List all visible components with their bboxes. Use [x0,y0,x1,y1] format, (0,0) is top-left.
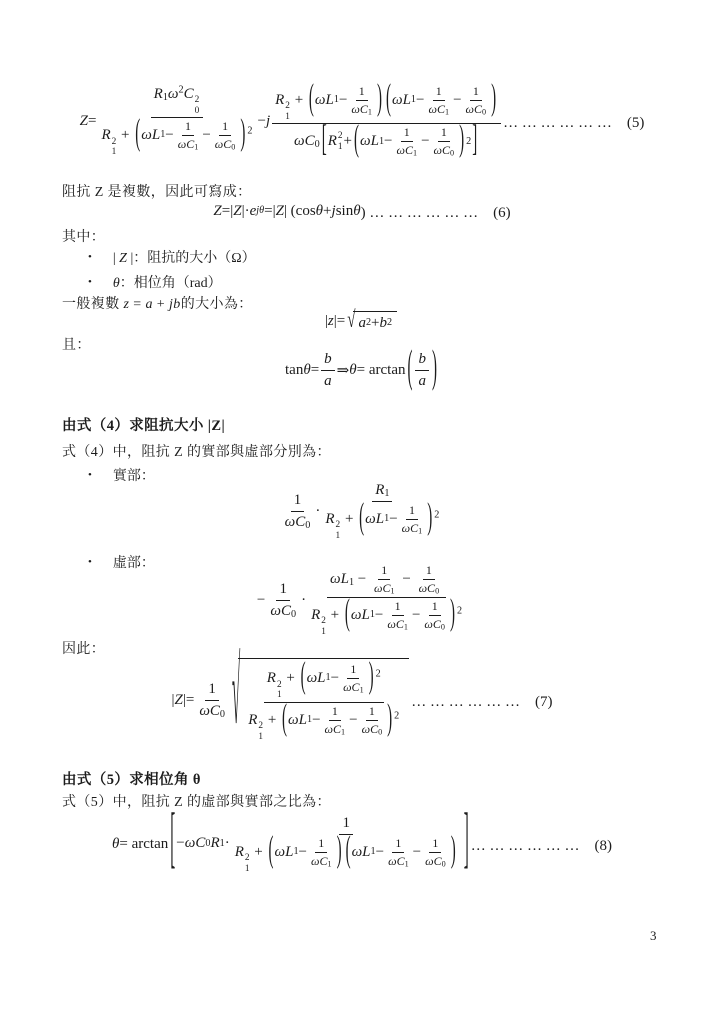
math-fraction: 1ωC0 [422,836,449,869]
math-subscript: 1 [112,147,117,157]
math-denominator: ωC1 [425,101,452,117]
math-variable: ω [397,143,405,157]
math-variable: C [474,102,482,116]
math-denominator: ωC0 [282,512,314,532]
math-fraction: 1ωC1 [394,125,421,158]
math-variable: a [324,373,332,389]
math-numerator: 1 [406,503,418,520]
math-subscript: 0 [195,106,200,116]
math-variable: Z [233,203,241,220]
math-variable: ω [434,143,442,157]
math-fraction: 1ωC1 [175,119,202,152]
math-superscript: 2 [112,137,117,147]
math-brackets: [R21+(ωL1−1ωC1−1ωC0)2] [321,125,479,158]
equation-tan-theta: tan θ = ba ⇒ θ = arctan (ba) [0,352,724,388]
math-variable: j [332,203,336,220]
math-parentheses: (ωL1−1ωC1) [358,503,433,536]
math-variable: θ [316,203,323,220]
math-parentheses: (ωL1−1ωC1−1ωC0) [353,125,465,158]
math-variable: R [375,482,384,498]
math-fraction: 1ωC1 [308,836,335,869]
math-variable: ω [352,843,363,862]
math-subscript: 0 [378,727,382,736]
math-variable: L [285,843,293,862]
math-subscript: 1 [384,488,389,499]
math-fraction: 1ωC0 [282,491,314,532]
math-numerator: 1 [347,662,359,679]
math-variable: Z [276,203,284,220]
math-numerator: 1 [429,836,441,853]
math-variable: ω [360,132,371,151]
math-parentheses: (ωL1−1ωC1−1ωC0) [345,836,457,869]
math-variable: C [442,143,450,157]
math-group: ωL1−1ωC1−1ωC0 [351,599,449,632]
open-delimiter-icon: ( [344,597,351,634]
math-variable: ω [365,510,376,529]
page-number: 3 [650,928,657,944]
math-variable: ω [388,854,396,868]
math-variable: C [370,722,378,736]
math-subscript: 1 [326,673,331,683]
math-numerator: 1 [329,704,341,721]
math-variable: ω [215,137,223,151]
math-denominator: ωC1 [340,679,367,695]
math-fraction: 1ωC0 [431,125,458,158]
math-variable: R [311,607,320,623]
math-variable: L [317,669,325,688]
bullet-icon: • [88,252,92,263]
math-group: ba [413,350,431,391]
math-variable: ω [285,514,296,530]
math-variable: Z [80,113,88,130]
paragraph-therefore: 因此： [62,638,105,658]
math-variable: θ [353,203,360,220]
document-page: Z = R1ω2C20R21 + (ωL1−1ωC1−1ωC0)2 − jR21… [0,0,724,1024]
math-numerator: 1 [219,119,231,136]
math-variable: C [352,680,360,694]
math-numerator: 1 [356,84,368,101]
open-delimiter-icon: ( [385,82,392,119]
math-numerator: 1 [438,125,450,142]
math-group: ωL1−1ωC1−1ωC0 [141,119,239,152]
math-variable: C [397,854,405,868]
math-fraction: ba [321,350,335,391]
math-subscript: 0 [442,859,446,868]
math-parentheses: (ωL1−1ωC1) [300,662,375,695]
math-numerator: 1 [392,599,404,616]
math-subscript: 1 [285,112,290,122]
math-denominator: ωC0 [422,853,449,869]
math-subscript: 1 [391,586,395,595]
math-denominator: ωC0[R21+(ωL1−1ωC1−1ωC0)2] [291,124,482,158]
math-numerator: R21 + (ωL1−1ωC1)2 [264,662,384,702]
open-delimiter-icon: ( [358,501,365,538]
equation-8: θ = arctan [−ωC0R1 · 1R21 + (ωL1−1ωC1)(ω… [0,810,724,878]
math-variable: C [184,86,194,102]
heading-phase-from-eq5: 由式（5）求相位角 θ [62,768,201,789]
math-denominator: R21 + (ωL1−1ωC1−1ωC0)2 [308,598,465,637]
math-subsup: 21 [277,680,282,701]
math-numerator: 1 [423,563,435,580]
math-denominator: R21 + (ωL1−1ωC1−1ωC0)2 [98,118,255,157]
math-numerator: 1 [401,125,413,142]
math-variable: a [418,373,426,389]
math-superscript: jθ [256,206,264,216]
math-denominator: ωC1 [175,136,202,152]
math-denominator: ωC1 [384,616,411,632]
math-variable: ω [315,91,326,110]
math-variable: C [433,617,441,631]
math-variable: θ [349,362,356,379]
math-variable: b [324,351,332,367]
math-subscript: 1 [220,839,225,849]
math-variable: j [266,113,270,130]
math-denominator: a [415,371,429,391]
math-denominator: ωC1 [385,853,412,869]
math-denominator: ωC0 [431,142,458,158]
math-superscript: 2 [285,101,290,111]
math-group: ωL1−1ωC1−1ωC0 [392,84,490,117]
math-numerator: 1 [205,680,219,701]
open-delimiter-icon: ( [406,347,413,392]
bullet-z-magnitude-label: | Z |：阻抗的大小（Ω） [113,247,256,267]
math-numerator: 1 [366,704,378,721]
math-variable: L [371,132,379,151]
open-delimiter-icon: ( [300,660,307,697]
math-denominator: ωC0 [416,580,443,596]
math-superscript: 2 [394,710,399,721]
math-variable: R [101,127,110,143]
equation-7: | Z |= 1ωC0√R21 + (ωL1−1ωC1)2R21 + (ωL1−… [0,658,724,742]
math-numerator: 1 [291,491,305,512]
math-subscript: 1 [418,526,422,535]
close-delimiter-icon: ) [239,117,246,154]
math-subscript: 1 [349,577,354,588]
math-group: ωL1−1ωC1−1ωC0 [288,704,386,737]
math-subsup: 21 [258,721,263,742]
math-fraction: 1ωC0 [267,580,299,621]
math-subscript: 1 [371,847,376,857]
math-numerator: 1 [392,836,404,853]
open-delimiter-icon: ( [308,82,315,119]
math-subscript: 1 [368,107,372,116]
math-subscript: 1 [413,149,417,158]
math-subscript: 1 [307,715,312,725]
math-numerator: 1 [378,563,390,580]
math-numerator: 1 [433,84,445,101]
math-subscript: 0 [450,149,454,158]
math-denominator: R21 + (ωL1−1ωC1)(ωL1−1ωC1−1ωC0) [232,835,461,874]
math-radical: √a2 + b2 [347,311,397,332]
math-fraction: 1ωC1 [425,84,452,117]
math-variable: C [210,703,220,719]
math-fraction: ba [415,350,429,391]
math-subscript: 0 [231,143,235,152]
close-delimiter-icon: ) [426,501,433,538]
math-variable: C [333,722,341,736]
equation-imag-part: − 1ωC0 · ωL1 − 1ωC1 − 1ωC0R21 + (ωL1−1ωC… [0,569,724,631]
open-delimiter-icon: ( [353,123,360,160]
math-variable: R [267,670,276,686]
math-variable: C [396,617,404,631]
close-delimiter-icon: ) [431,347,438,392]
math-denominator: ωC1 [308,853,335,869]
math-parentheses: (ωL1−1ωC1−1ωC0) [281,704,393,737]
math-fraction: 1ωC0 [212,119,239,152]
math-group: a2 + b2 [353,311,397,332]
math-subscript: 1 [277,690,282,700]
math-variable: C [295,514,305,530]
math-numerator: ωL1 − 1ωC1 − 1ωC0 [327,563,446,598]
math-parentheses: (ba) [406,350,438,391]
math-denominator: R21 + (ωL1−1ωC1−1ωC0)2 [245,703,402,742]
math-group: ωL1−1ωC1 [315,84,376,117]
math-variable: ω [392,91,403,110]
open-delimiter-icon: ( [134,117,141,154]
math-numerator: b [321,350,335,371]
math-variable: C [434,854,442,868]
math-group: ωL1−1ωC1 [275,836,336,869]
math-subscript: 1 [160,130,165,140]
math-variable: C [195,835,205,852]
math-brackets: [−ωC0R1 · 1R21 + (ωL1−1ωC1)(ωL1−1ωC1−1ωC… [169,814,469,874]
paragraph-eq5-ratio: 式（5）中，阻抗 Z 的虛部與實部之比為： [62,791,331,811]
math-variable: L [152,126,160,145]
math-fraction: 1ωC0 [421,599,448,632]
math-variable: ω [362,722,370,736]
paragraph-where: 其中： [62,226,105,246]
close-delimiter-icon: ) [458,123,465,160]
math-group: −ωC0R1 · 1R21 + (ωL1−1ωC1)(ωL1−1ωC1−1ωC0… [176,814,462,874]
math-subscript: 1 [384,514,389,524]
math-variable: ω [330,571,341,587]
math-variable: θ [112,836,119,853]
math-fraction: R21 + (ωL1−1ωC1)2R21 + (ωL1−1ωC1−1ωC0)2 [245,662,402,742]
open-delimiter-icon: [ [321,123,328,160]
math-numerator: b [415,350,429,371]
math-variable: ω [428,102,436,116]
math-variable: C [437,102,445,116]
math-numerator: 1 [470,84,482,101]
math-subscript: 0 [441,622,445,631]
math-superscript: 2 [338,131,343,141]
math-denominator: ωC0 [421,616,448,632]
math-variable: R [235,844,244,860]
math-fraction: 1R21 + (ωL1−1ωC1)(ωL1−1ωC1−1ωC0) [232,814,461,874]
equation-abs-z: | z |= √a2 + b2 [0,308,724,334]
math-subscript: 0 [435,586,439,595]
math-variable: ω [141,126,152,145]
math-superscript: 2 [247,125,252,136]
math-group: ωL1−1ωC1−1ωC0 [352,836,450,869]
math-variable: θ [113,276,120,291]
radical-icon: √ [232,653,240,747]
math-subscript: 1 [334,95,339,105]
math-subscript: 1 [379,137,384,147]
math-variable: L [361,606,369,625]
math-variable: C [319,854,327,868]
math-denominator: ωC1 [348,101,375,117]
math-variable: ω [425,854,433,868]
math-denominator: R21 + (ωL1−1ωC1)2 [322,502,442,541]
math-superscript: 2 [336,520,341,530]
math-subscript: 1 [328,859,332,868]
math-group: ωL1−1ωC1 [307,662,368,695]
math-variable: ω [294,133,305,149]
math-subscript: 1 [405,859,409,868]
math-parentheses: (ωL1−1ωC1−1ωC0) [344,599,456,632]
math-variable: L [376,510,384,529]
math-variable: θ [303,362,310,379]
close-delimiter-icon: ) [368,660,375,697]
math-subscript: 0 [220,709,225,720]
math-subsup: 21 [285,101,290,122]
close-delimiter-icon: ) [376,82,383,119]
math-variable: ω [185,835,196,852]
equation-real-part: 1ωC0 · R1R21 + (ωL1−1ωC1)2 [0,482,724,540]
math-group: R21 + (ωL1−1ωC1)2R21 + (ωL1−1ωC1−1ωC0)2 [238,658,409,742]
math-subscript: 1 [445,107,449,116]
math-subscript: 1 [321,627,326,637]
math-denominator: ωC0 [212,136,239,152]
math-variable: ω [270,603,281,619]
math-denominator: ωC1 [371,580,398,596]
math-variable: ω [424,617,432,631]
math-superscript: 2 [387,318,392,328]
math-subscript: 0 [305,520,310,531]
math-variable: L [362,843,370,862]
math-variable: ω [466,102,474,116]
math-denominator: ωC1 [394,142,421,158]
math-fraction: R21 + (ωL1−1ωC1)(ωL1−1ωC1−1ωC0)ωC0[R21+(… [272,84,501,158]
math-variable: ω [419,581,427,595]
math-subscript: 1 [245,864,250,874]
math-subscript: 1 [258,732,263,742]
math-variable: ω [325,722,333,736]
math-variable: Z [175,692,183,709]
math-subsup: 21 [336,520,341,541]
math-denominator: ωC0 [463,101,490,117]
math-subsup: 21 [245,853,250,874]
math-fraction: 1ωC1 [384,599,411,632]
math-numerator: 1 [182,119,194,136]
math-subscript: 1 [341,727,345,736]
math-fraction: ωL1 − 1ωC1 − 1ωC0R21 + (ωL1−1ωC1−1ωC0)2 [308,563,465,637]
math-variable: ω [351,102,359,116]
math-variable: z [328,313,334,330]
math-variable: ω [351,606,362,625]
math-denominator: ωC0 [359,721,386,737]
math-group: R21+(ωL1−1ωC1−1ωC0)2 [328,125,472,158]
math-parentheses: (ωL1−1ωC1) [308,84,383,117]
math-group: ωL1−1ωC1 [365,503,426,536]
math-variable: b [418,351,426,367]
math-variable: R [154,86,163,102]
equation-5: Z = R1ω2C20R21 + (ωL1−1ωC1−1ωC0)2 − jR21… [0,82,724,160]
math-group: ωL1−1ωC1−1ωC0 [360,125,458,158]
math-variable: C [281,603,291,619]
math-fraction: 1ωC0 [416,563,443,596]
math-subscript: 1 [360,686,364,695]
math-superscript: 2 [258,721,263,731]
bullet-theta-phase-label: θ：相位角（rad） [113,272,222,292]
math-variable: R [328,132,337,151]
math-variable: ω [275,843,286,862]
math-variable: R [248,712,257,728]
math-variable: R [275,92,284,108]
close-delimiter-icon: ) [450,834,457,871]
math-fraction: 1ωC1 [348,84,375,117]
math-variable: C [427,581,435,595]
close-delimiter-icon: ) [449,597,456,634]
math-variable: R [325,511,334,527]
close-delimiter-icon: ) [386,702,393,739]
math-superscript: 2 [277,680,282,690]
close-delimiter-icon: ] [471,123,478,160]
math-variable: b [380,315,388,332]
math-fraction: 1ωC1 [340,662,367,695]
paragraph-eq4-parts: 式（4）中，阻抗 Z 的實部與虛部分別為： [62,441,331,461]
open-delimiter-icon: ( [268,834,275,871]
math-fraction: 1ωC1 [385,836,412,869]
close-delimiter-icon: ) [490,82,497,119]
math-fraction: 1ωC1 [322,704,349,737]
bullet-icon: • [88,277,92,288]
open-delimiter-icon: ( [281,702,288,739]
math-variable: ω [387,617,395,631]
bullet-theta-phase: • θ：相位角（rad） [88,272,222,292]
math-superscript: 2 [376,668,381,679]
math-denominator: ωC0 [267,601,299,621]
bullet-icon: • [88,470,92,481]
math-superscript: 2 [434,509,439,520]
open-delimiter-icon: ( [345,834,352,871]
math-variable: Z [119,251,127,266]
math-variable: ω [343,680,351,694]
math-subscript: 1 [411,95,416,105]
math-variable: C [405,143,413,157]
math-subscript: 1 [370,610,375,620]
math-fraction: R1ω2C20R21 + (ωL1−1ωC1−1ωC0)2 [98,85,255,158]
math-superscript: 2 [366,318,371,328]
paragraph-impedance-complex: 阻抗 Z 是複數，因此可寫成： [62,181,252,201]
math-variable: θ [259,205,264,216]
math-superscript: 2 [245,853,250,863]
equation-6: Z =| Z |· ejθ =| Z | (cos θ + jsin θ) … … [0,199,724,223]
bullet-z-magnitude: • | Z |：阻抗的大小（Ω） [88,247,256,267]
math-fraction: 1ωC0 [359,704,386,737]
math-variable: L [326,91,334,110]
math-subscript: 0 [482,107,486,116]
math-subsup: 21 [338,131,343,152]
math-numerator: R1 [372,481,392,502]
math-numerator: R21 + (ωL1−1ωC1)(ωL1−1ωC1−1ωC0) [272,84,501,124]
math-denominator: ωC1 [322,721,349,737]
math-variable: ω [199,703,210,719]
math-variable: a [358,315,366,332]
math-variable: ω [307,669,318,688]
math-variable: L [299,711,307,730]
math-parentheses: (ωL1−1ωC1−1ωC0) [134,119,246,152]
open-delimiter-icon: [ [169,810,176,878]
math-fraction: 1ωC1 [399,503,426,536]
math-variable: C [383,581,391,595]
math-variable: ω [168,86,179,102]
math-variable: L [341,571,349,587]
math-variable: ω [288,711,299,730]
math-variable: C [410,521,418,535]
heading-magnitude-from-eq4: 由式（4）求阻抗大小 |Z| [62,414,225,435]
